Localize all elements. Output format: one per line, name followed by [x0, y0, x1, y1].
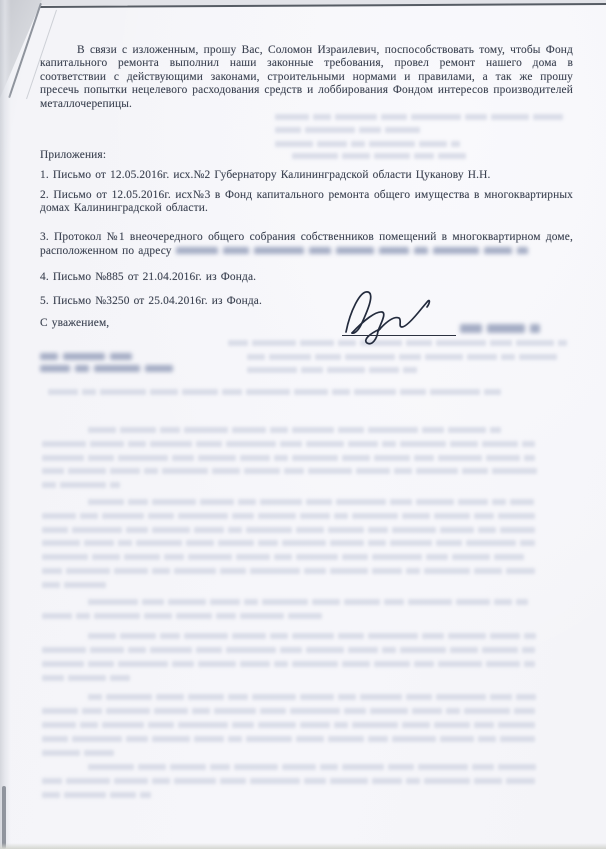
bleed-through-text: [0, 0, 606, 849]
page-bottom-edge: [0, 843, 606, 849]
page-left-edge: [0, 0, 11, 849]
attachment-item-4: 4. Письмо №885 от 21.04.2016г. из Фонда.: [40, 271, 256, 284]
body-paragraph: В связи с изложенным, прошу Вас, Соломон…: [40, 44, 573, 111]
redacted-address: [176, 244, 528, 254]
attachments-heading: Приложения:: [40, 149, 106, 162]
closing-salutation: С уважением,: [40, 317, 109, 330]
redacted-signer-name: [460, 319, 545, 337]
page-left-edge-dark: [2, 786, 6, 849]
attachment-item-5: 5. Письмо №3250 от 25.04.2016г. из Фонда…: [40, 295, 262, 308]
scanned-letter-page: В связи с изложенным, прошу Вас, Соломон…: [0, 0, 606, 849]
attachment-item-2: 2. Письмо от 12.05.2016г. исх№3 в Фонд к…: [40, 189, 573, 216]
attachment-item-1: 1. Письмо от 12.05.2016г. исх.№2 Губерна…: [40, 169, 491, 182]
attachment-item-3: 3. Протокол №1 внеочередного общего собр…: [40, 231, 573, 259]
redacted-email: [40, 359, 178, 377]
signature-line: [342, 335, 456, 336]
